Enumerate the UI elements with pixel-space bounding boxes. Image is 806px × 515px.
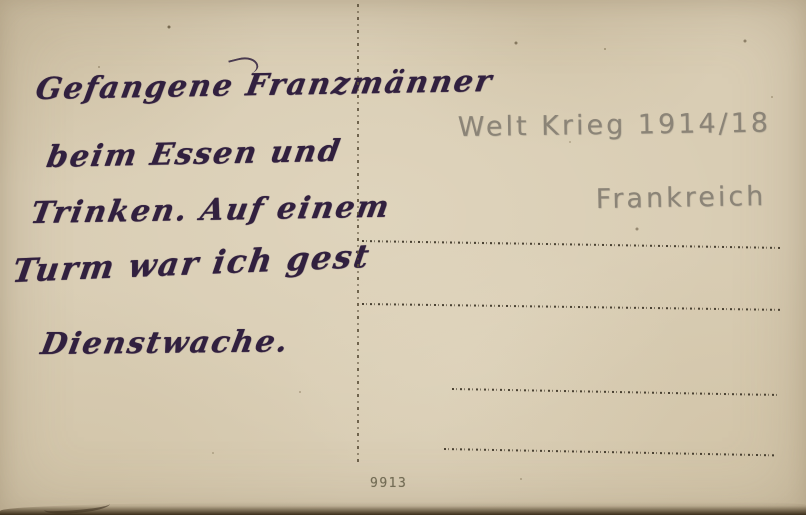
- address-dotted-line-1: [362, 240, 782, 249]
- bottom-edge-shadow: [0, 502, 806, 515]
- ink-message-line-5: Dienstwache.: [38, 324, 292, 362]
- ink-message-line-1: Gefangene Franzmänner: [33, 64, 496, 107]
- divider-dashed-line: [357, 4, 359, 466]
- paper-specks: [0, 0, 2, 2]
- serial-number: 9913: [370, 476, 407, 491]
- bottom-left-ink-smudge: [44, 499, 111, 515]
- postcard-back: Gefangene Franzmänner beim Essen und Tri…: [0, 0, 806, 515]
- pencil-annotation-country: Frankreich: [595, 181, 766, 215]
- ink-message-line-4: Turm war ich gest: [10, 237, 373, 290]
- address-dotted-line-4: [444, 448, 776, 456]
- ink-message-line-2: beim Essen und: [44, 134, 344, 175]
- address-dotted-line-3: [452, 388, 780, 396]
- pencil-annotation-war: Welt Krieg 1914/18: [458, 108, 772, 143]
- ink-message-line-3: Trinken. Auf einem: [28, 190, 393, 231]
- address-dotted-line-2: [362, 303, 782, 311]
